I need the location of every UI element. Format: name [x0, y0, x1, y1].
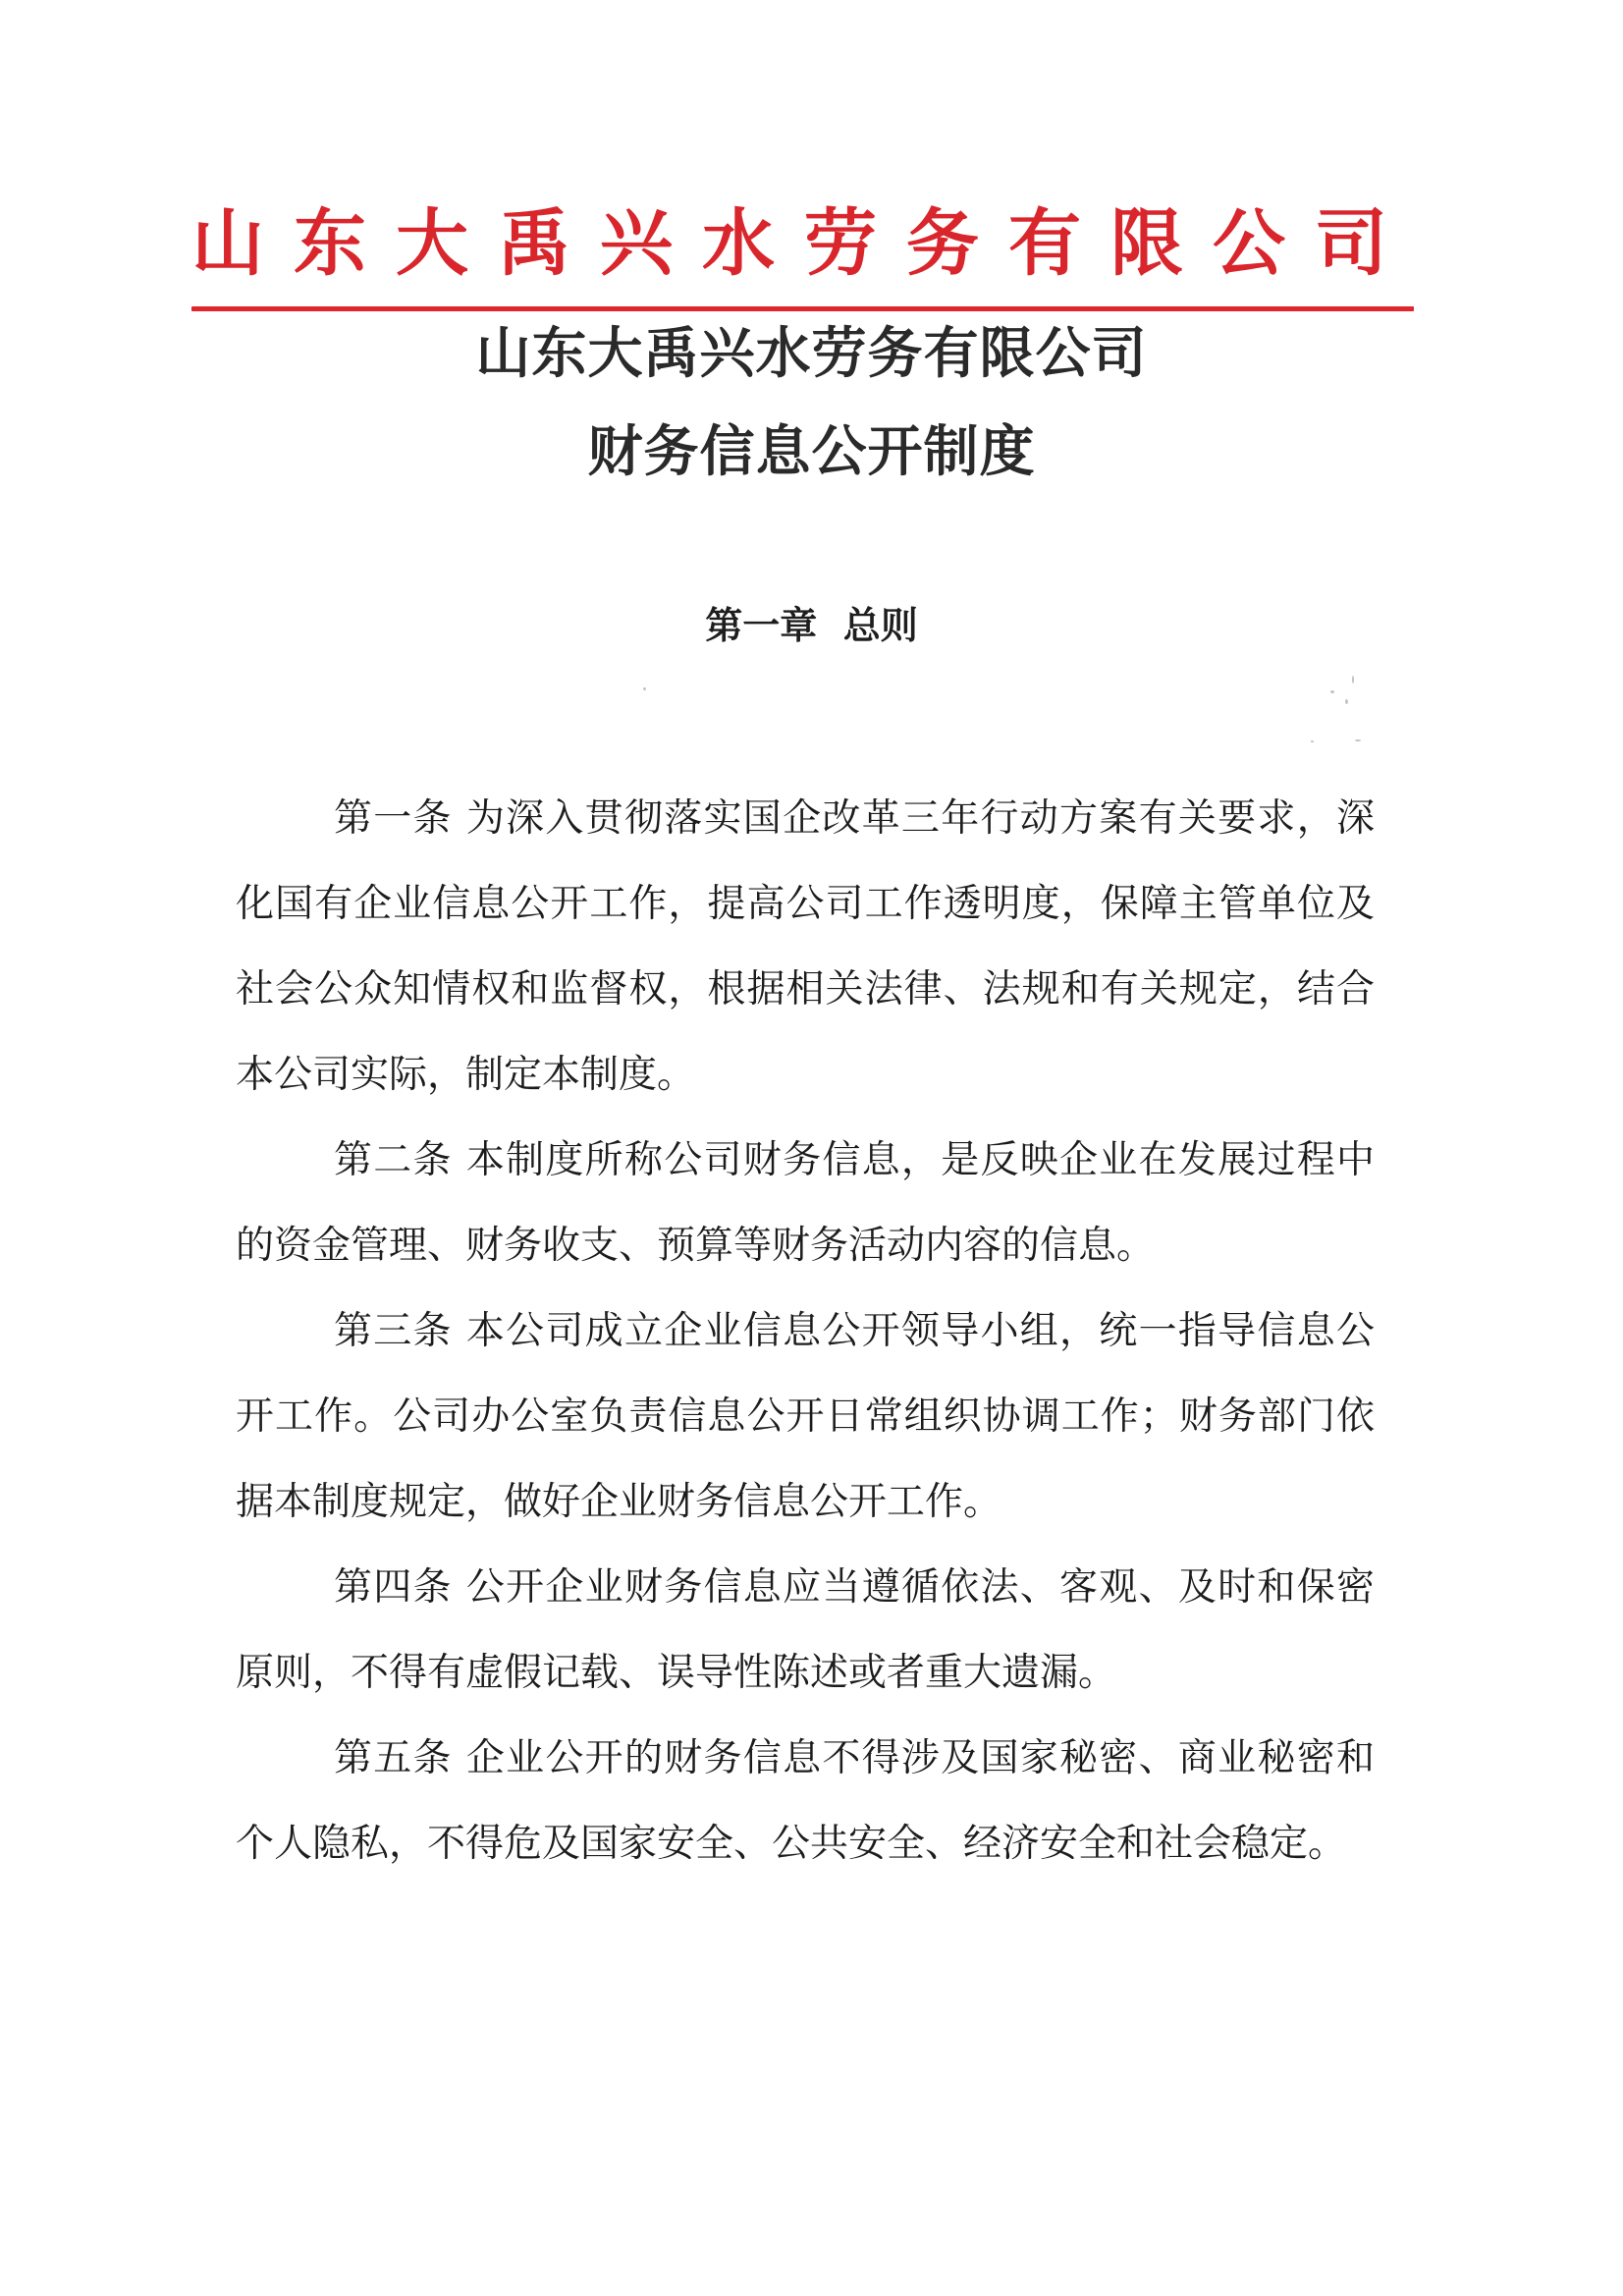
letterhead-company-name: 山东大禹兴水劳务有限公司	[191, 194, 1414, 293]
article-2: 第二条本制度所称公司财务信息，是反映企业在发展过程中的资金管理、财务收支、预算等…	[236, 1118, 1375, 1288]
scan-speck	[1311, 740, 1314, 742]
article-3: 第三条本公司成立企业信息公开领导小组，统一指导信息公开工作。公司办公室负责信息公…	[236, 1288, 1375, 1545]
letterhead-red-rule	[191, 306, 1414, 311]
article-1: 第一条为深入贯彻落实国企改革三年行动方案有关要求，深化国有企业信息公开工作，提高…	[236, 776, 1375, 1118]
chapter-heading: 第一章 总则	[0, 601, 1623, 650]
article-number: 第一条	[334, 796, 453, 841]
article-5: 第五条企业公开的财务信息不得涉及国家秘密、商业秘密和个人隐私，不得危及国家安全、…	[236, 1716, 1375, 1886]
article-text: 为深入贯彻落实国企改革三年行动方案有关要求，深化国有企业信息公开工作，提高公司工…	[236, 796, 1375, 1097]
scan-speck	[1355, 739, 1361, 741]
article-number: 第四条	[334, 1565, 453, 1610]
scan-speck	[1345, 699, 1348, 704]
scan-speck	[1330, 690, 1334, 693]
document-title-company: 山东大禹兴水劳务有限公司	[0, 319, 1623, 388]
article-4: 第四条公开企业财务信息应当遵循依法、客观、及时和保密原则，不得有虚假记载、误导性…	[236, 1545, 1375, 1716]
document-page: 山东大禹兴水劳务有限公司 山东大禹兴水劳务有限公司 财务信息公开制度 第一章 总…	[0, 0, 1623, 2296]
article-number: 第五条	[334, 1736, 453, 1780]
scan-speck	[1352, 676, 1354, 683]
document-body: 第一条为深入贯彻落实国企改革三年行动方案有关要求，深化国有企业信息公开工作，提高…	[236, 776, 1375, 1886]
article-number: 第二条	[334, 1138, 453, 1182]
document-title-policy: 财务信息公开制度	[0, 417, 1623, 486]
article-number: 第三条	[334, 1309, 453, 1353]
scan-speck	[643, 687, 646, 690]
